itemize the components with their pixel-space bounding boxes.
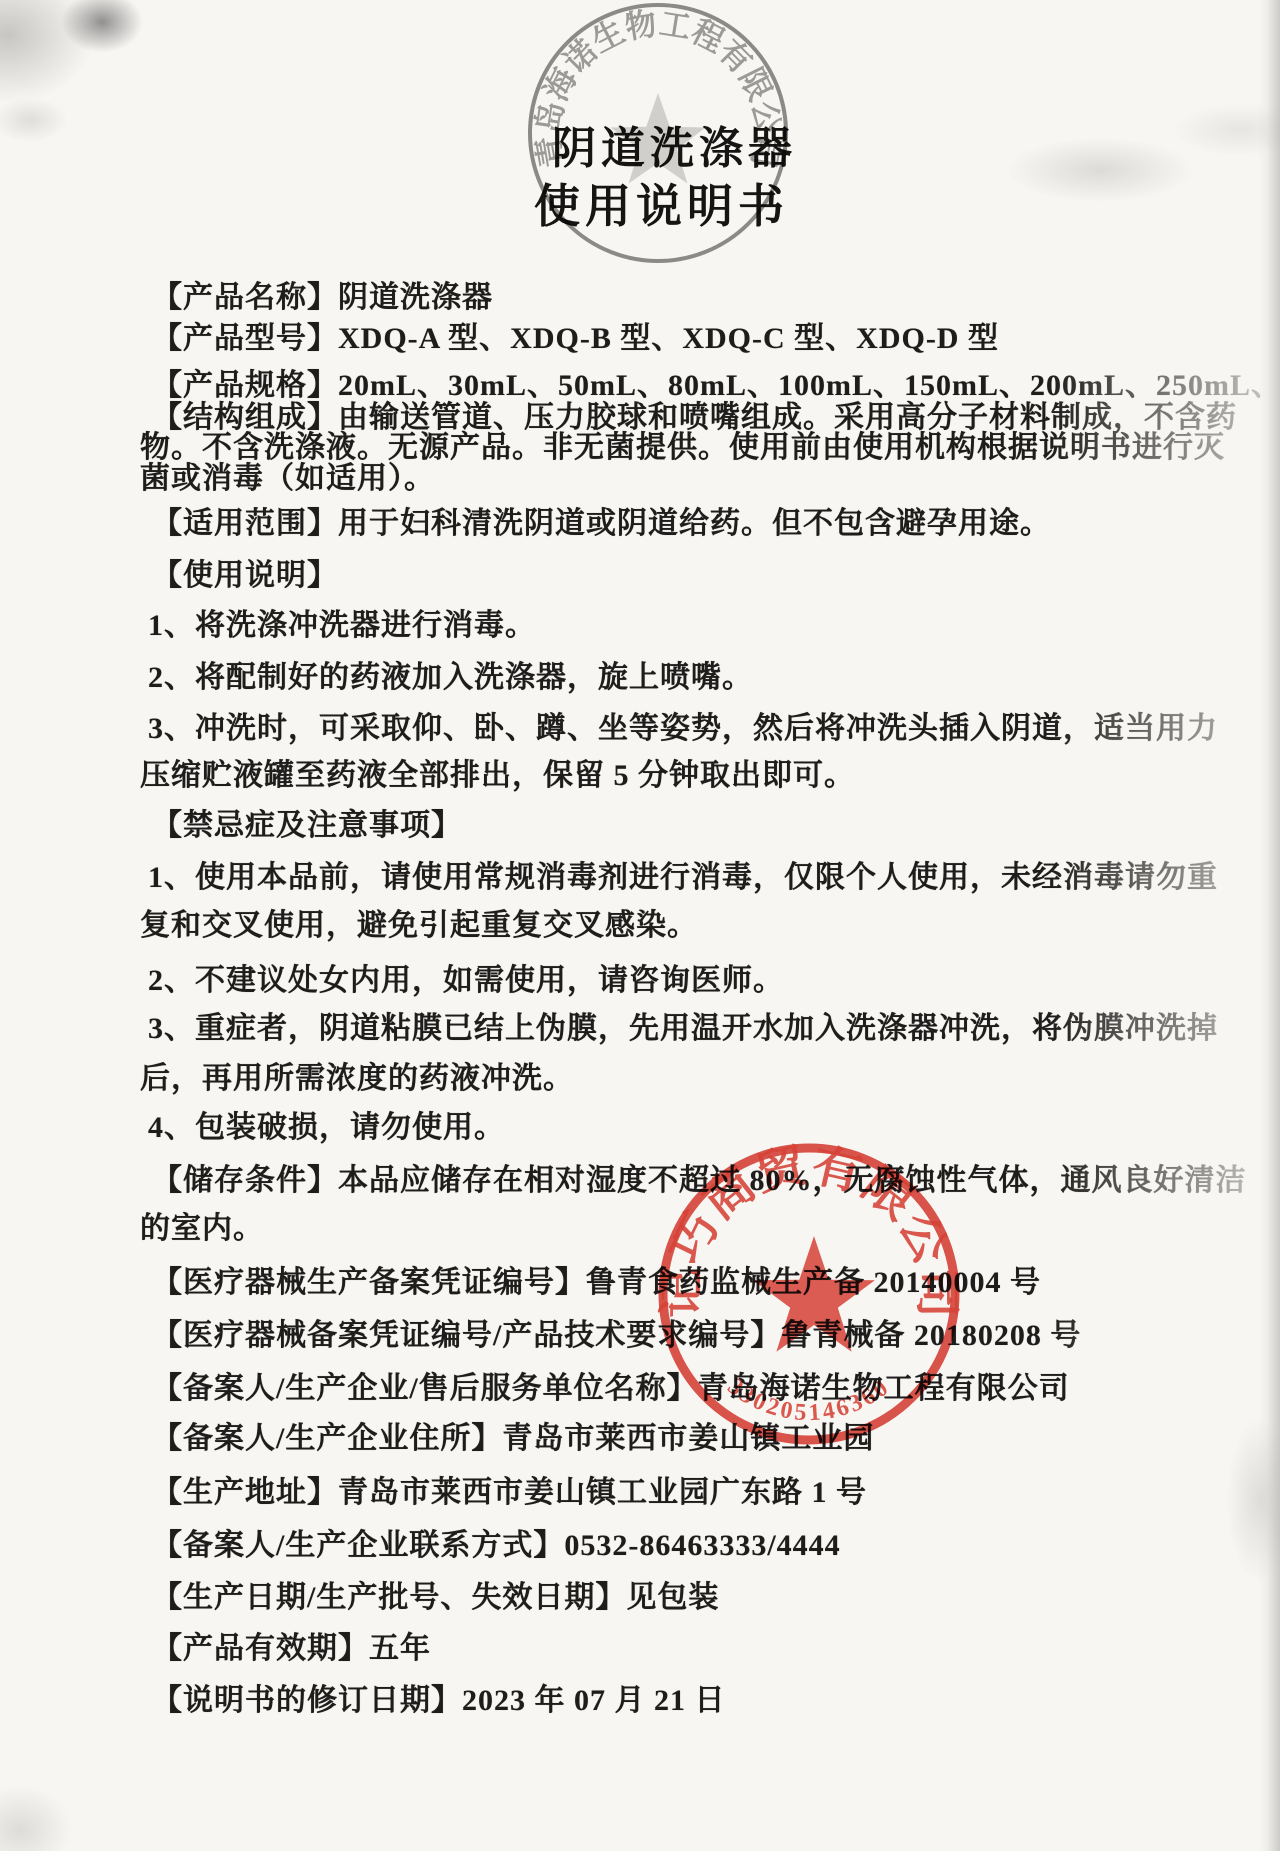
storage-conditions-line-1: 【储存条件】本品应储存在相对湿度不超过 80%，无腐蚀性气体，通风良好清洁: [152, 1155, 1247, 1199]
storage-conditions-line-2: 的室内。: [140, 1203, 264, 1247]
usage-step-3-line-1: 3、冲洗时，可采取仰、卧、蹲、坐等姿势，然后将冲洗头插入阴道，适当用力: [148, 703, 1218, 747]
usage-instructions-heading: 【使用说明】: [152, 550, 338, 594]
production-record-cert-number: 【医疗器械生产备案凭证编号】鲁青食药监械生产备 20140004 号: [152, 1257, 1041, 1301]
usage-step-1: 1、将洗涤冲洗器进行消毒。: [148, 600, 536, 644]
revision-date-field: 【说明书的修订日期】2023 年 07 月 21 日: [152, 1675, 726, 1719]
record-holder-address: 【备案人/生产企业住所】青岛市莱西市姜山镇工业园: [152, 1413, 874, 1457]
product-model-field: 【产品型号】XDQ-A 型、XDQ-B 型、XDQ-C 型、XDQ-D 型: [152, 313, 999, 357]
usage-step-2: 2、将配制好的药液加入洗涤器，旋上喷嘴。: [148, 652, 753, 696]
caution-1-line-2: 复和交叉使用，避免引起重复交叉感染。: [140, 900, 698, 944]
caution-3-line-1: 3、重症者，阴道粘膜已结上伪膜，先用温开水加入洗涤器冲洗，将伪膜冲洗掉: [148, 1003, 1218, 1047]
scan-edge-shadow-right: [1258, 0, 1280, 1851]
scan-smudge-top-left: [0, 0, 190, 160]
document-title-manual: 使用说明书: [534, 170, 789, 236]
scan-smudge-top-right: [940, 90, 1280, 240]
production-address: 【生产地址】青岛市莱西市姜山镇工业园广东路 1 号: [152, 1467, 867, 1511]
shelf-life-field: 【产品有效期】五年: [152, 1623, 431, 1667]
document-title-product: 阴道洗涤器: [552, 112, 797, 176]
scope-of-application-field: 【适用范围】用于妇科清洗阴道或阴道给药。但不包含避孕用途。: [152, 498, 1051, 542]
scanned-instruction-document: 阴道洗涤器 使用说明书 【产品名称】阴道洗涤器 【产品型号】XDQ-A 型、XD…: [0, 0, 1280, 1851]
caution-2: 2、不建议处女内用，如需使用，请咨询医师。: [148, 955, 784, 999]
production-date-info: 【生产日期/生产批号、失效日期】见包装: [152, 1572, 719, 1616]
scan-smudge-bottom-left: [0, 1700, 140, 1851]
caution-1-line-1: 1、使用本品前，请使用常规消毒剂进行消毒，仅限个人使用，未经消毒请勿重: [148, 852, 1218, 896]
usage-step-3-line-2: 压缩贮液罐至药液全部排出，保留 5 分钟取出即可。: [140, 750, 855, 794]
structure-composition-line-3: 菌或消毒（如适用）。: [140, 453, 435, 497]
caution-4: 4、包装破损，请勿使用。: [148, 1102, 505, 1146]
record-holder-name: 【备案人/生产企业/售后服务单位名称】青岛海诺生物工程有限公司: [152, 1363, 1070, 1407]
contraindications-heading: 【禁忌症及注意事项】: [152, 800, 462, 844]
scan-smudge-bottom-right: [1180, 1380, 1280, 1640]
record-cert-number: 【医疗器械备案凭证编号/产品技术要求编号】鲁青械备 20180208 号: [152, 1310, 1081, 1354]
record-holder-contact: 【备案人/生产企业联系方式】0532-86463333/4444: [152, 1520, 841, 1564]
caution-3-line-2: 后，再用所需浓度的药液冲洗。: [140, 1053, 574, 1097]
product-name-field: 【产品名称】阴道洗涤器: [152, 272, 493, 316]
